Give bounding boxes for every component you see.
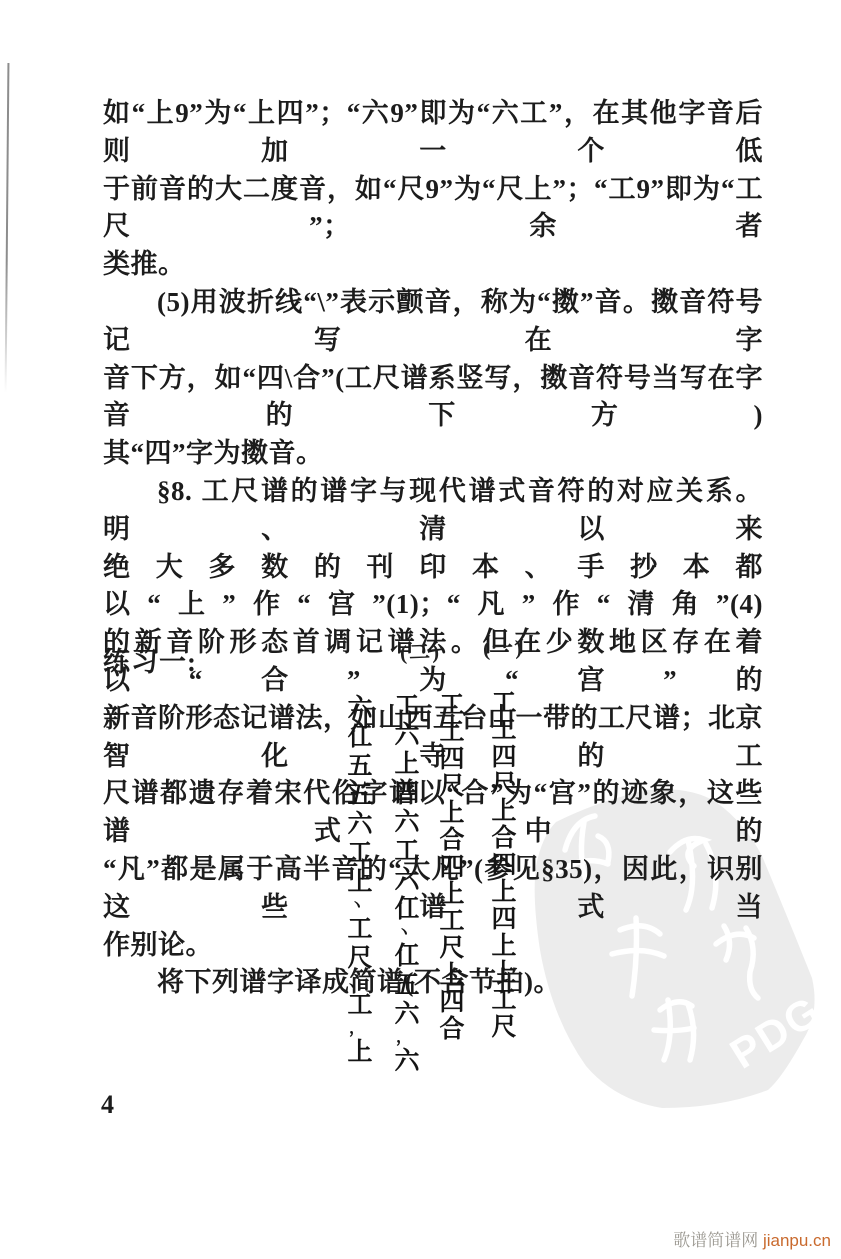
gongche-char: 五 [347, 752, 372, 781]
gongche-char: 上 [491, 798, 516, 825]
gongche-char: 上 [491, 960, 516, 987]
text-line: 绝大多数的刊印本、手抄本都以“上”作“宫”(1)；“凡”作“清角”(4) [103, 549, 763, 625]
gongche-char: 五 [347, 781, 372, 810]
gongche-char: 尺 [439, 935, 464, 962]
gongche-char: 合 [439, 827, 464, 854]
gongche-char: 四 [491, 906, 516, 933]
gongche-char: 尺 [439, 773, 464, 800]
gongche-char: 尺 [347, 944, 372, 973]
text-line: 于前音的大二度音，如“尺9”为“尺上”；“工9”即为“工尺”；余者 [103, 171, 763, 247]
gongche-char: 六 [347, 810, 372, 839]
gongche-char: 四 [439, 854, 464, 881]
gongche-char: 工 [491, 690, 516, 717]
gongche-char: 工 [439, 719, 464, 746]
gongche-char: 六 [394, 1047, 419, 1076]
gongche-column-1: 工工四尺上合四上四上上工尺 [480, 690, 528, 1041]
text-line: 音下方，如“四\合”(工尺谱系竖写，擞音符号当写在字音的下方) [103, 360, 763, 436]
site-credit: 歌谱简谱网 jianpu.cn [673, 1226, 831, 1251]
gongche-char: 上 [347, 868, 372, 897]
gongche-char: 五 [394, 971, 419, 1000]
gongche-char: 工 [347, 915, 372, 944]
text-line: 如“上9”为“上四”；“六9”即为“六工”，在其他字音后则加一个低 [103, 95, 763, 171]
gongche-char: 仜 [347, 723, 372, 752]
exercise-heading: 练习一: [103, 640, 197, 679]
gongche-char: 上 [439, 881, 464, 908]
gongche-char: 六 [394, 808, 419, 837]
gongche-char: 四 [491, 744, 516, 771]
text-line: (5)用波折线“\”表示颤音，称为“擞”音。擞音符号记写在字 [103, 284, 763, 360]
gongche-char: ， [349, 1020, 371, 1038]
gongche-char: 工 [394, 692, 419, 721]
gongche-char: 、 [349, 973, 371, 991]
gongche-char: 工 [491, 987, 516, 1014]
gongche-char: 尺 [491, 1014, 516, 1041]
gongche-char: 工 [394, 837, 419, 866]
exercise-label-1: (一) [482, 631, 524, 662]
gongche-char: 上 [394, 750, 419, 779]
page-number: 4 [101, 1090, 114, 1120]
exercise-label-2: (二) [399, 635, 441, 666]
site-name: 歌谱简谱网 [673, 1231, 758, 1250]
gongche-char: 仜 [394, 895, 419, 924]
gongche-char: 上 [439, 962, 464, 989]
scan-edge-artifact [5, 63, 10, 393]
gongche-column-3: 工六上四六工六仜ヽ仜五六，六 [383, 692, 431, 1076]
gongche-char: 四 [439, 746, 464, 773]
gongche-column-2: 工工四尺上合四上工尺上四合 [428, 692, 476, 1043]
gongche-char: 合 [439, 1016, 464, 1043]
gongche-char: 六 [394, 866, 419, 895]
gongche-char: 尺 [491, 771, 516, 798]
gongche-char: 工 [491, 717, 516, 744]
gongche-char: ， [396, 1029, 418, 1047]
site-url: jianpu.cn [763, 1231, 831, 1250]
gongche-char: 六 [394, 721, 419, 750]
gongche-char: 四 [394, 779, 419, 808]
gongche-char: 工 [347, 839, 372, 868]
gongche-char: 上 [491, 933, 516, 960]
gongche-char: 六 [394, 1000, 419, 1029]
gongche-char: 合 [491, 825, 516, 852]
gongche-char: ヽ [349, 897, 371, 915]
gongche-char: ヽ [396, 924, 418, 942]
gongche-column-4: 六仜五五六工上ヽ工尺、工，上 [336, 694, 384, 1067]
gongche-char: 上 [439, 800, 464, 827]
text-line: §8. 工尺谱的谱字与现代谱式音符的对应关系。明、清以来 [103, 473, 763, 549]
text-line: 其“四”字为擞音。 [103, 435, 763, 473]
gongche-char: 工 [347, 991, 372, 1020]
gongche-char: 上 [347, 1038, 372, 1067]
gongche-char: 工 [439, 908, 464, 935]
gongche-char: 工 [439, 692, 464, 719]
gongche-char: 四 [491, 852, 516, 879]
gongche-char: 仜 [394, 942, 419, 971]
gongche-char: 四 [439, 989, 464, 1016]
gongche-char: 六 [347, 694, 372, 723]
page: { "page": { "number": "4", "background_c… [0, 0, 841, 1259]
text-line: 类推。 [103, 246, 763, 284]
gongche-char: 上 [491, 879, 516, 906]
